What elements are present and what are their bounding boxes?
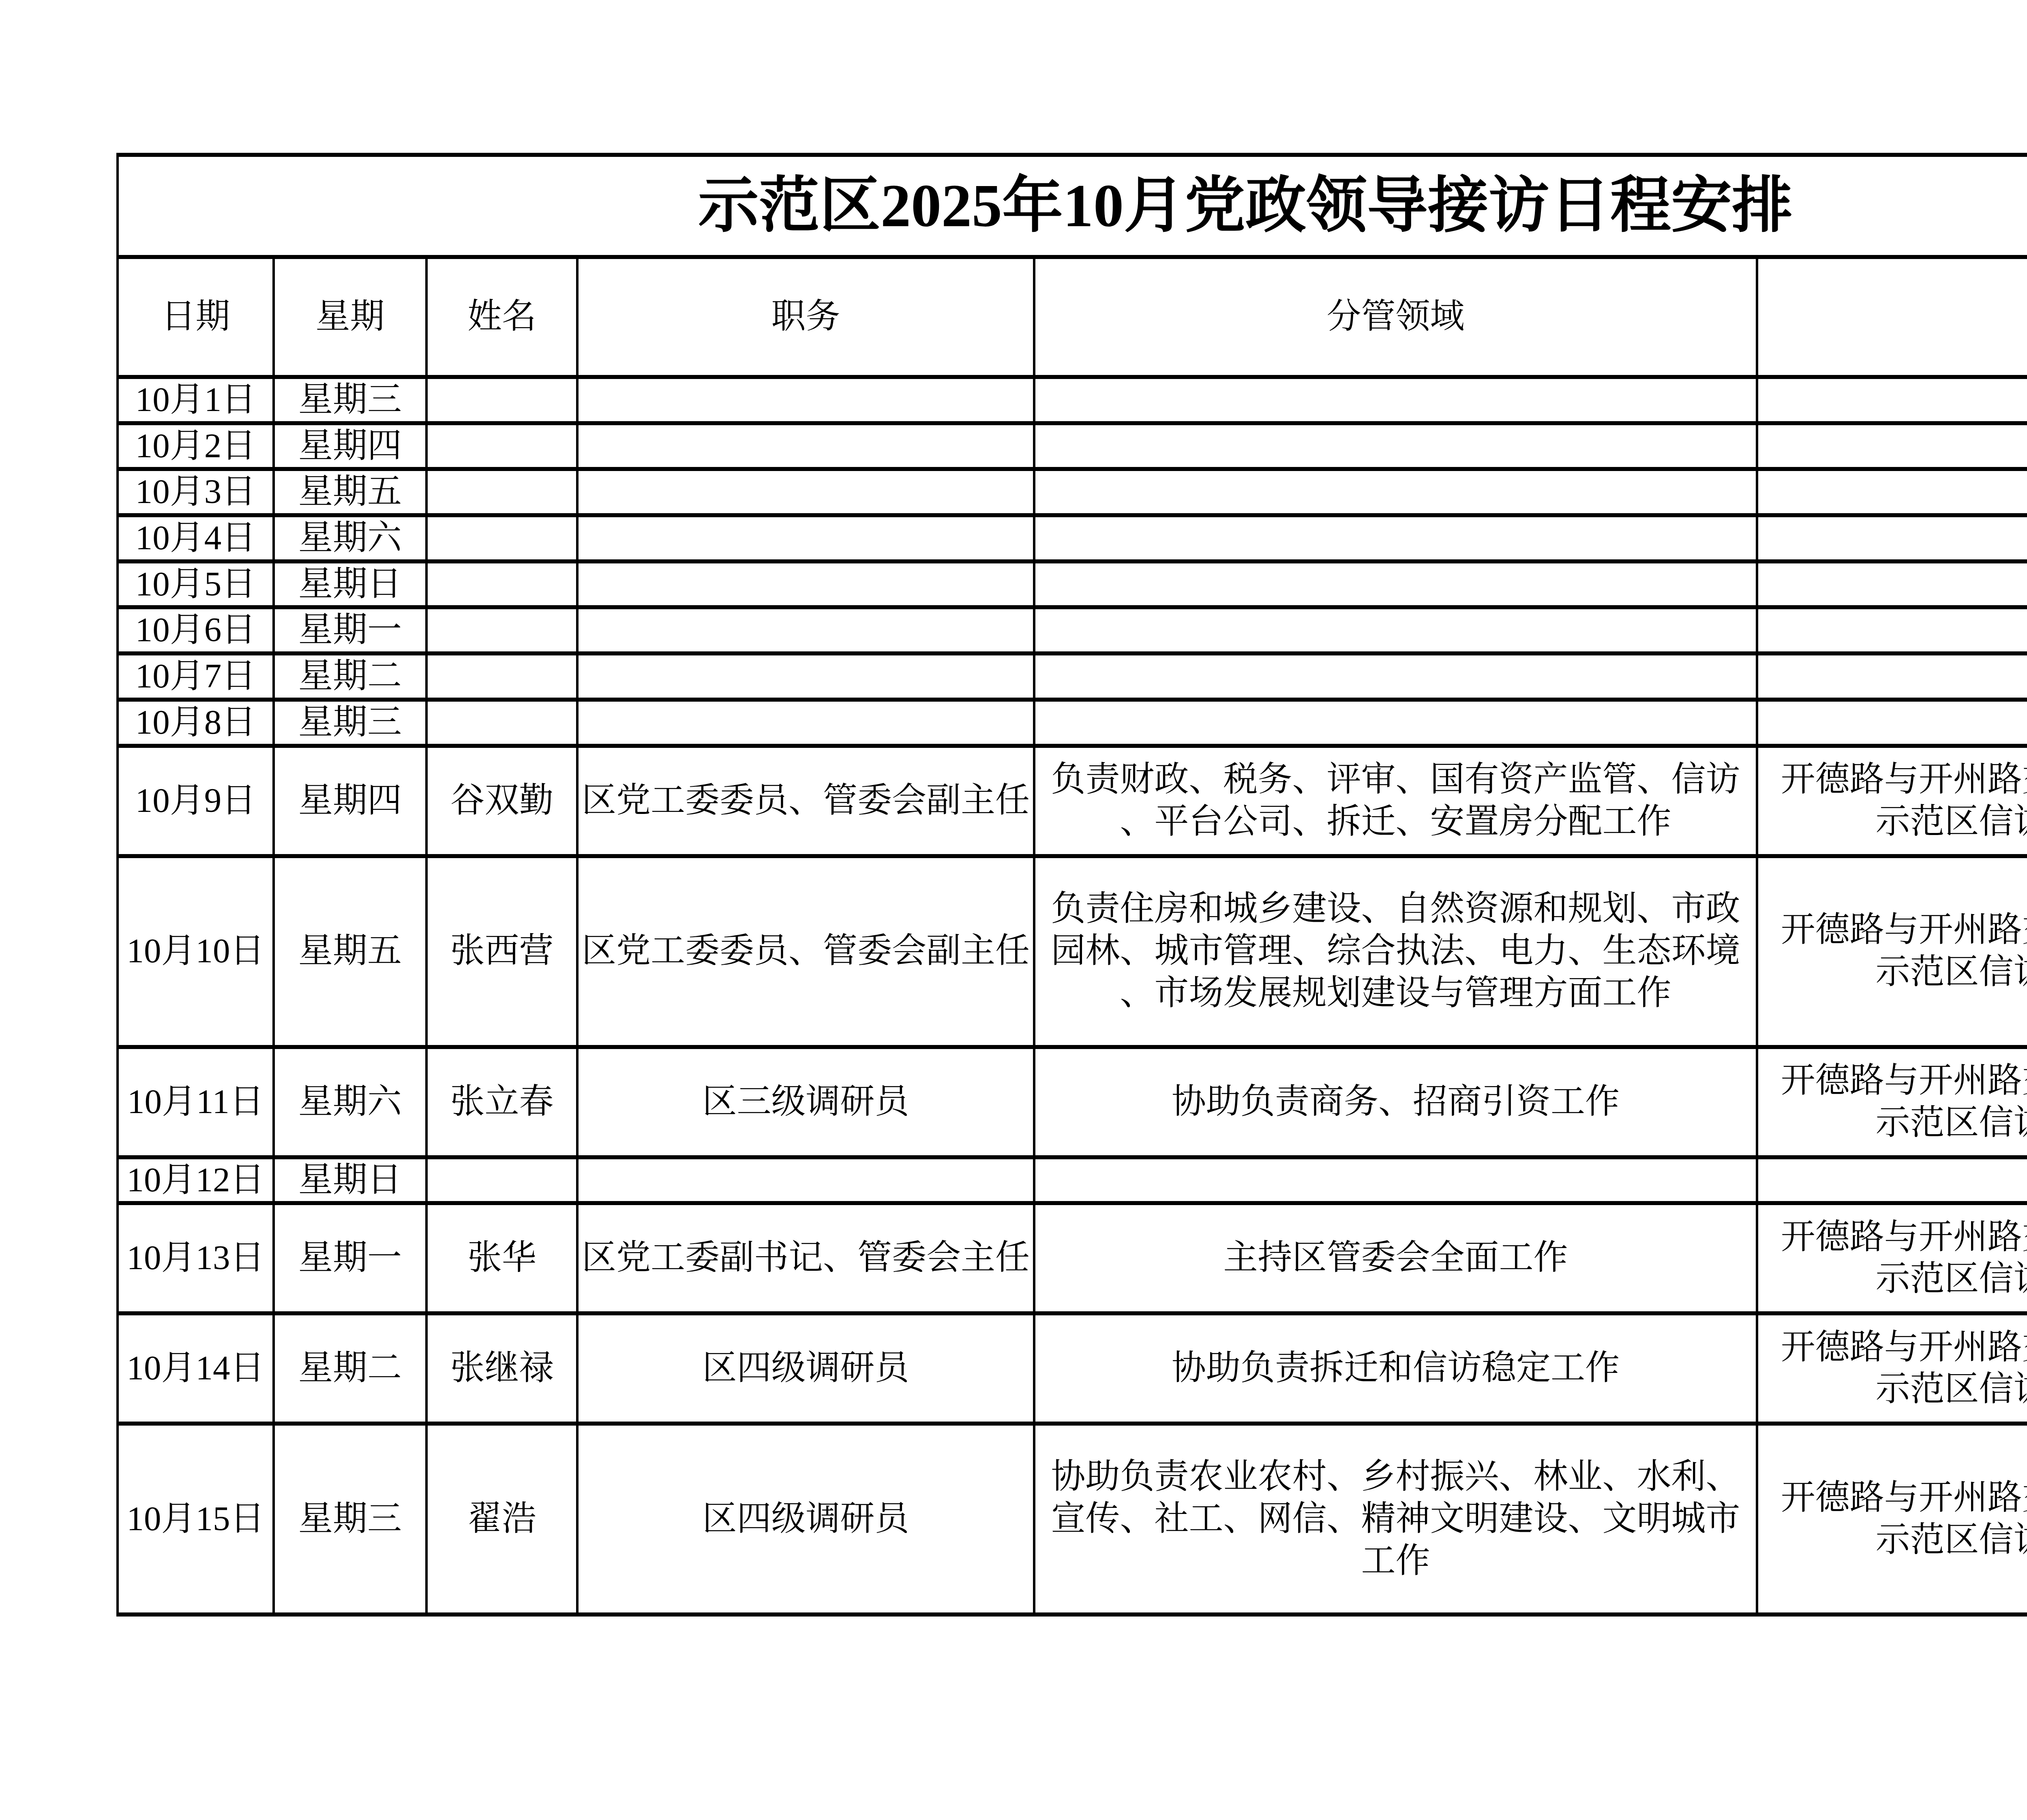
cell-address [1757,423,2027,469]
duty-line: 、市场发展规划建设与管理方面工作 [1035,972,1756,1015]
cell-position: 区党工委委员、管委会副主任 [577,856,1034,1047]
address-line: 示范区信访接待服务中心 [1758,1258,2027,1300]
duty-line: 、平台公司、拆迁、安置房分配工作 [1035,801,1756,843]
cell-name [426,607,577,653]
cell-weekday: 星期五 [274,469,426,515]
cell-name: 张华 [426,1203,577,1313]
cell-name: 张西营 [426,856,577,1047]
address-line: 开德路与开州路交叉口向东200米路北 [1758,759,2027,801]
cell-date: 10月11日 [118,1047,274,1157]
cell-address [1757,653,2027,700]
cell-address [1757,469,2027,515]
cell-name: 张继禄 [426,1313,577,1424]
table-row: 10月13日 星期一 张华 区党工委副书记、管委会主任 主持区管委会全面工作 开… [118,1203,2027,1313]
cell-duty: 协助负责农业农村、乡村振兴、林业、水利、 宣传、社工、网信、精神文明建设、文明城… [1034,1424,1757,1614]
cell-address [1757,607,2027,653]
cell-date: 10月14日 [118,1313,274,1424]
cell-name [426,515,577,561]
cell-duty: 主持区管委会全面工作 [1034,1203,1757,1313]
table-row: 10月11日 星期六 张立春 区三级调研员 协助负责商务、招商引资工作 开德路与… [118,1047,2027,1157]
cell-name [426,1157,577,1203]
cell-duty [1034,1157,1757,1203]
table-row: 10月5日 星期日 [118,561,2027,608]
cell-weekday: 星期一 [274,1203,426,1313]
cell-duty: 负责住房和城乡建设、自然资源和规划、市政 园林、城市管理、综合执法、电力、生态环… [1034,856,1757,1047]
address-line: 示范区信访接待服务中心 [1758,801,2027,843]
duty-line: 协助负责农业农村、乡村振兴、林业、水利、 [1035,1456,1756,1498]
cell-position [577,700,1034,746]
cell-date: 10月9日 [118,746,274,856]
column-header-position: 职务 [577,257,1034,377]
address-line: 示范区信访接待服务中心 [1758,951,2027,994]
cell-weekday: 星期三 [274,1424,426,1614]
cell-position [577,377,1034,423]
cell-position: 区三级调研员 [577,1047,1034,1157]
cell-weekday: 星期五 [274,856,426,1047]
table-row: 10月4日 星期六 [118,515,2027,561]
cell-weekday: 星期四 [274,746,426,856]
column-header-date: 日期 [118,257,274,377]
cell-address [1757,700,2027,746]
cell-name [426,423,577,469]
cell-weekday: 星期二 [274,1313,426,1424]
cell-date: 10月15日 [118,1424,274,1614]
cell-duty: 协助负责商务、招商引资工作 [1034,1047,1757,1157]
cell-weekday: 星期二 [274,653,426,700]
column-header-address: 地址 [1757,257,2027,377]
address-line: 开德路与开州路交叉口向东200米路北 [1758,909,2027,951]
cell-position [577,607,1034,653]
cell-date: 10月8日 [118,700,274,746]
cell-duty [1034,607,1757,653]
duty-line: 协助负责商务、招商引资工作 [1035,1081,1756,1123]
cell-position: 区四级调研员 [577,1313,1034,1424]
cell-weekday: 星期日 [274,561,426,608]
cell-address: 开德路与开州路交叉口向东200米路北 示范区信访接待服务中心 [1757,1047,2027,1157]
cell-date: 10月4日 [118,515,274,561]
duty-line: 主持区管委会全面工作 [1035,1237,1756,1279]
address-line: 示范区信访接待服务中心 [1758,1519,2027,1561]
cell-address [1757,1157,2027,1203]
table-row: 10月10日 星期五 张西营 区党工委委员、管委会副主任 负责住房和城乡建设、自… [118,856,2027,1047]
cell-weekday: 星期六 [274,515,426,561]
cell-address: 开德路与开州路交叉口向东200米路北 示范区信访接待服务中心 [1757,1424,2027,1614]
cell-position: 区党工委副书记、管委会主任 [577,1203,1034,1313]
table-row: 10月2日 星期四 [118,423,2027,469]
cell-address: 开德路与开州路交叉口向东200米路北 示范区信访接待服务中心 [1757,1313,2027,1424]
cell-weekday: 星期四 [274,423,426,469]
table-row: 10月7日 星期二 [118,653,2027,700]
cell-name [426,561,577,608]
cell-weekday: 星期一 [274,607,426,653]
address-line: 开德路与开州路交叉口向东200米路北 [1758,1477,2027,1519]
table-row: 10月14日 星期二 张继禄 区四级调研员 协助负责拆迁和信访稳定工作 开德路与… [118,1313,2027,1424]
table-row: 10月6日 星期一 [118,607,2027,653]
page-canvas: 示范区2025年10月党政领导接访日程安排 日期 星期 姓名 职务 分管领域 地… [0,0,2027,1820]
cell-duty [1034,423,1757,469]
cell-position [577,561,1034,608]
duty-line: 负责住房和城乡建设、自然资源和规划、市政 [1035,888,1756,930]
cell-name [426,469,577,515]
table-row: 10月15日 星期三 翟浩 区四级调研员 协助负责农业农村、乡村振兴、林业、水利… [118,1424,2027,1614]
cell-position: 区四级调研员 [577,1424,1034,1614]
duty-line: 负责财政、税务、评审、国有资产监管、信访 [1035,759,1756,801]
cell-address [1757,377,2027,423]
cell-address: 开德路与开州路交叉口向东200米路北 示范区信访接待服务中心 [1757,856,2027,1047]
cell-weekday: 星期三 [274,700,426,746]
cell-date: 10月3日 [118,469,274,515]
cell-date: 10月13日 [118,1203,274,1313]
cell-date: 10月1日 [118,377,274,423]
cell-address: 开德路与开州路交叉口向东200米路北 示范区信访接待服务中心 [1757,1203,2027,1313]
cell-duty [1034,653,1757,700]
duty-line: 工作 [1035,1540,1756,1582]
schedule-table: 示范区2025年10月党政领导接访日程安排 日期 星期 姓名 职务 分管领域 地… [116,153,2027,1617]
cell-duty [1034,700,1757,746]
cell-name: 张立春 [426,1047,577,1157]
duty-line: 协助负责拆迁和信访稳定工作 [1035,1347,1756,1390]
table-row: 10月3日 星期五 [118,469,2027,515]
address-line: 开德路与开州路交叉口向东200米路北 [1758,1327,2027,1369]
cell-date: 10月2日 [118,423,274,469]
cell-position [577,515,1034,561]
address-line: 示范区信访接待服务中心 [1758,1102,2027,1144]
address-line: 开德路与开州路交叉口向东200米路北 [1758,1060,2027,1102]
table-row: 示范区2025年10月党政领导接访日程安排 [118,155,2027,257]
cell-address [1757,561,2027,608]
address-line: 开德路与开州路交叉口向东200米路北 [1758,1216,2027,1259]
cell-name: 谷双勤 [426,746,577,856]
cell-name [426,700,577,746]
table-row: 10月1日 星期三 [118,377,2027,423]
cell-date: 10月10日 [118,856,274,1047]
duty-line: 宣传、社工、网信、精神文明建设、文明城市 [1035,1498,1756,1540]
cell-date: 10月6日 [118,607,274,653]
cell-date: 10月5日 [118,561,274,608]
cell-date: 10月12日 [118,1157,274,1203]
cell-weekday: 星期六 [274,1047,426,1157]
table-row: 10月9日 星期四 谷双勤 区党工委委员、管委会副主任 负责财政、税务、评审、国… [118,746,2027,856]
cell-name: 翟浩 [426,1424,577,1614]
cell-duty [1034,515,1757,561]
column-header-duty: 分管领域 [1034,257,1757,377]
cell-position [577,469,1034,515]
cell-position [577,423,1034,469]
column-header-name: 姓名 [426,257,577,377]
table-row: 10月12日 星期日 [118,1157,2027,1203]
cell-duty [1034,561,1757,608]
cell-address [1757,515,2027,561]
cell-address: 开德路与开州路交叉口向东200米路北 示范区信访接待服务中心 [1757,746,2027,856]
address-line: 示范区信访接待服务中心 [1758,1368,2027,1411]
duty-line: 园林、城市管理、综合执法、电力、生态环境 [1035,930,1756,972]
column-header-weekday: 星期 [274,257,426,377]
cell-date: 10月7日 [118,653,274,700]
cell-weekday: 星期三 [274,377,426,423]
cell-position [577,653,1034,700]
cell-name [426,377,577,423]
cell-position [577,1157,1034,1203]
page-title: 示范区2025年10月党政领导接访日程安排 [118,155,2027,257]
cell-position: 区党工委委员、管委会副主任 [577,746,1034,856]
cell-weekday: 星期日 [274,1157,426,1203]
cell-duty [1034,469,1757,515]
cell-name [426,653,577,700]
cell-duty: 负责财政、税务、评审、国有资产监管、信访 、平台公司、拆迁、安置房分配工作 [1034,746,1757,856]
table-header-row: 日期 星期 姓名 职务 分管领域 地址 [118,257,2027,377]
cell-duty: 协助负责拆迁和信访稳定工作 [1034,1313,1757,1424]
cell-duty [1034,377,1757,423]
table-row: 10月8日 星期三 [118,700,2027,746]
